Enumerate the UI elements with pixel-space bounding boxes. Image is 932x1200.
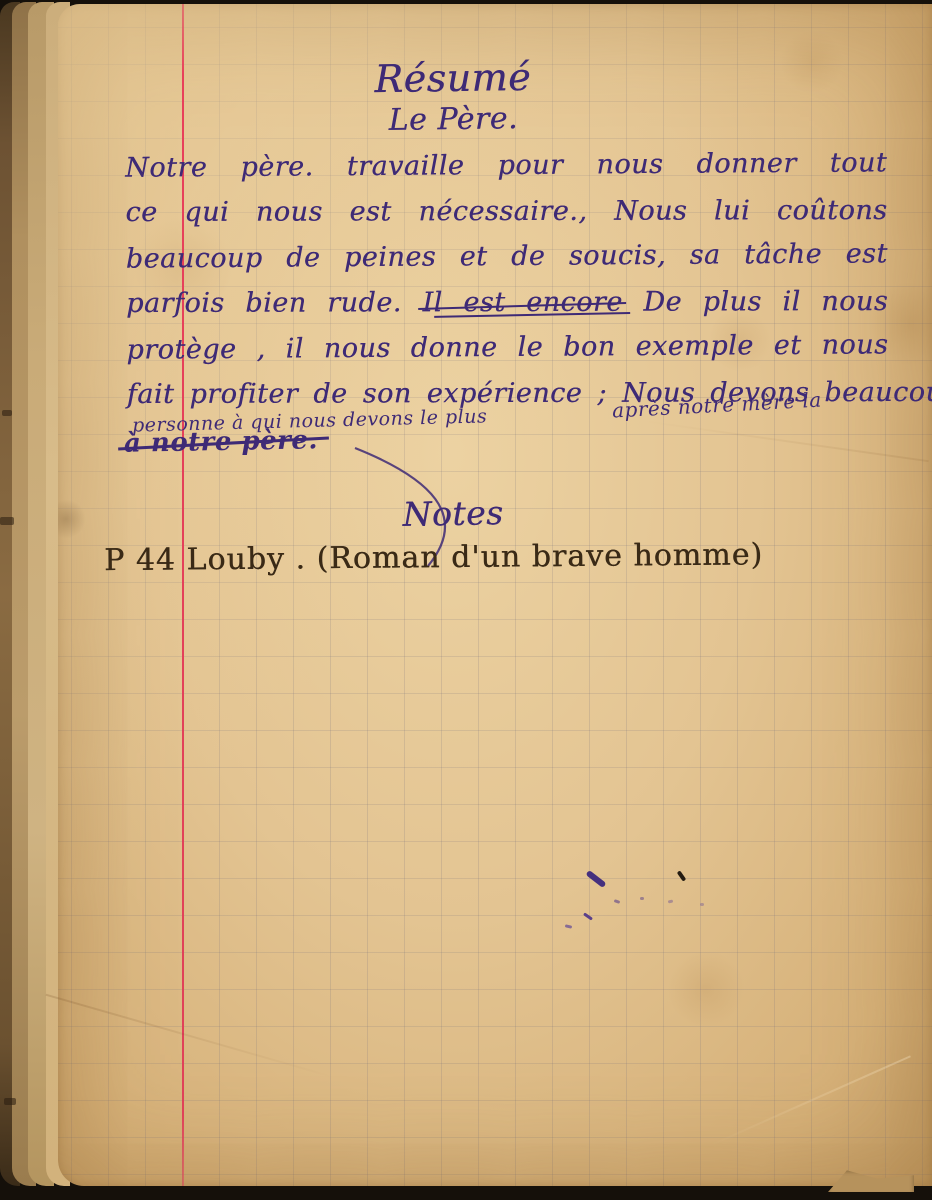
handwritten-line: beaucoup de peines et de soucis, sa tâch… <box>126 238 888 289</box>
binding-nick <box>0 517 14 525</box>
handwritten-text: beaucoup de peines et de soucis, sa tâch… <box>126 238 888 274</box>
page-title: Résumé <box>127 51 778 104</box>
binding-nick <box>2 410 12 416</box>
resume-paragraph: Notre père. travaille pour nous donner t… <box>125 147 889 425</box>
struck-annotation: à notre père. <box>124 425 318 458</box>
handwritten-line: parfois bien rude. Il est encore De plus… <box>126 286 888 333</box>
strikethrough-text: Il est encore <box>422 286 622 318</box>
handwritten-line: ce qui nous est nécessaire., Nous lui co… <box>125 195 887 242</box>
handwritten-text: protège , il nous donne le bon exemple e… <box>126 329 888 365</box>
notebook-photo: Résumé Le Père. Notre père. travaille po… <box>0 0 932 1200</box>
handwritten-text: De plus il nous <box>623 286 888 318</box>
binding-nick <box>4 1098 16 1105</box>
handwritten-text: parfois bien rude. <box>126 287 422 319</box>
handwritten-line: Notre père. travaille pour nous donner t… <box>125 147 887 198</box>
handwritten-line: protège , il nous donne le bon exemple e… <box>126 329 888 380</box>
reference-note: P 44 Louby . (Roman d'un brave homme) <box>104 537 824 578</box>
handwritten-text: ce qui nous est nécessaire., Nous lui co… <box>125 195 887 228</box>
heading-block: Résumé Le Père. <box>127 51 778 142</box>
ink-splatter <box>640 897 644 900</box>
ink-splatter <box>700 903 704 906</box>
handwritten-text: Notre père. travaille pour nous donner t… <box>125 147 887 183</box>
